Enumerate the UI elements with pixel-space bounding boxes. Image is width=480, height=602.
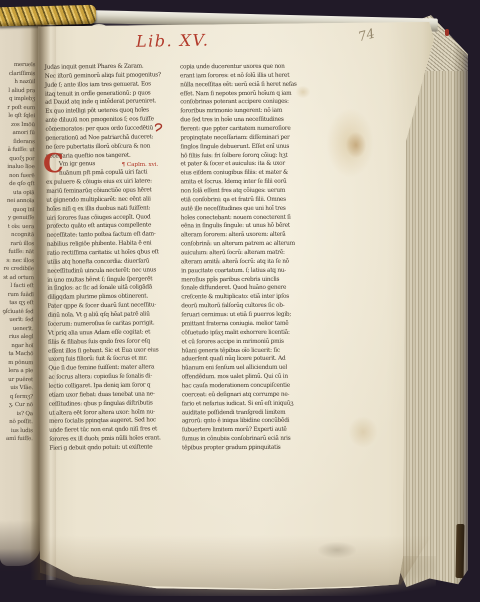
text-line: fuiſſe: nāt: [0, 248, 34, 257]
text-line: et cū ſorores accipe in mrimoniū pmis: [181, 337, 287, 346]
text-line: y genuiſſe: [0, 214, 34, 223]
text-line: ſeruari cernimus: ut etiā ſi puerros leg…: [181, 311, 287, 320]
text-line: ꝯſcīuatē ſed: [0, 307, 34, 316]
red-dot-mark: [445, 29, 449, 36]
text-line: nūlla neceſſitas eēt: uerū eciā ſi heret…: [180, 80, 286, 89]
text-line: t oīs: uera: [0, 222, 34, 231]
text-line: copia unde ducerentur uxores que non: [180, 63, 286, 72]
text-line: in paucitate coartatum. ſ; latius atq nu…: [181, 266, 287, 275]
fore-edge-tab: [456, 524, 465, 578]
text-line: uis Vſāe.: [0, 384, 33, 393]
text-line: rius alegl: [0, 333, 33, 342]
text-line: uenerīt.: [0, 324, 33, 333]
book-photo: Lib. XV. 74 Judas inquit genuit Phares &…: [0, 0, 480, 602]
text-line: etiā conſobrini: qa et fratrū filii. Omn…: [181, 196, 287, 205]
text-line: lera a pīe: [0, 367, 33, 376]
text-line: pmittant fraterna coniugia. melior tamē: [181, 320, 287, 329]
text-line: non ſolā eſſent fres atq cōiuges: uerum: [181, 187, 287, 196]
text-line: ncognitā: [0, 231, 34, 240]
text-line: ur puēret: [0, 375, 33, 384]
text-line: nei annoīa: [0, 197, 34, 206]
text-line: l aliud pra: [1, 86, 35, 95]
text-line: autē ille neceſſitudines que uni hoī tre…: [181, 204, 287, 213]
text-line: merueīs: [1, 61, 35, 70]
text-line: amori ſū: [1, 129, 35, 138]
text-line: amī fuiſſe.: [0, 435, 33, 444]
text-line: fario et nefarius iudicat. Si enī eſt in…: [182, 399, 288, 408]
text-line: rum ſuādī: [0, 290, 34, 299]
text-line: coerceat: eū deſignari atq corrumpe ne-: [182, 391, 288, 400]
text-line: tēpibus propter gradum ppinquitatis: [182, 444, 288, 453]
text-column-left: Judas inquit genuit Phares & Zaram.Nec i…: [45, 62, 161, 453]
text-line: cōſuetudo ipſaʒ malit exhorrere licentiā…: [181, 329, 287, 338]
text-line: de qſo qſt: [0, 180, 34, 189]
text-line: hac cauſa moderationem concupiſcentie: [182, 382, 288, 391]
text-line: r poſt eum: [1, 103, 35, 112]
text-line: rarū illos: [0, 239, 34, 248]
text-line: ſiderans: [1, 137, 35, 146]
text-line: tas qʒ eſt: [0, 299, 34, 308]
text-line: m pōnum: [0, 358, 33, 367]
text-line: uerīt: ſed: [0, 316, 34, 325]
text-line: is? Qa: [0, 409, 33, 418]
text-line: ſinglos ſingule debuerunt. Eſſet enī unu…: [180, 142, 286, 151]
text-line: nō poſſit.: [0, 418, 33, 427]
text-line: non fuerē: [1, 171, 35, 180]
text-line: s: nec illos: [0, 256, 34, 265]
text-line: uta opīā: [0, 188, 34, 197]
text-line: Fieri g debuit qndo potuit: ut exiſtente: [49, 443, 160, 453]
red-margin-mark-icon: [154, 117, 163, 136]
left-page-text-fragments: merueīsclariſſimish nazūill aliud praq i…: [0, 61, 35, 444]
text-line: fierent: que ppter caritatem numeroſiore: [180, 125, 286, 134]
text-line: ā fuiſſe: ut: [1, 146, 35, 155]
text-line: clariſſimis: [1, 69, 35, 78]
text-line: l facti eſt: [0, 282, 34, 291]
text-line: q ſermʒ?: [0, 392, 33, 401]
chapter-rubric: ¶ Caplm. xvi.: [100, 162, 158, 168]
text-line: ʒ. Cur nō: [0, 401, 33, 410]
page-bottom-shade: [40, 535, 432, 589]
text-line: re credibile: [0, 265, 34, 274]
text-column-right: copia unde ducerentur uxores que noneran…: [180, 63, 288, 453]
text-line: quoſʒ por: [1, 154, 35, 163]
text-line: propinqtate neceſſariam: diſſeminari per: [180, 134, 286, 143]
text-line: st ad ortum: [0, 273, 34, 282]
drop-cap-initial: C: [43, 151, 64, 177]
text-line: le qſt ſqlei: [1, 112, 35, 121]
text-line: zos Imōū: [1, 120, 35, 129]
text-line: inaluo līoe: [1, 163, 35, 172]
text-line: q implebʒ: [1, 95, 35, 104]
text-line: ta Machō: [0, 350, 33, 359]
text-line: ngar hoī: [0, 341, 33, 350]
text-line: alteram amitā: alterā ſocrū: atq ita ſe …: [181, 258, 287, 267]
text-line: quoq īnī: [0, 205, 34, 214]
running-head: Lib. XV.: [136, 30, 226, 51]
text-line: auiculum: alterū ſocrū: alteram matrē:: [181, 249, 287, 258]
text-line: ius ludis: [0, 426, 33, 435]
text-line: h nazūil: [1, 78, 35, 87]
text-line: erant iam ſorores: et nō ſolū illis ut h…: [180, 72, 286, 81]
